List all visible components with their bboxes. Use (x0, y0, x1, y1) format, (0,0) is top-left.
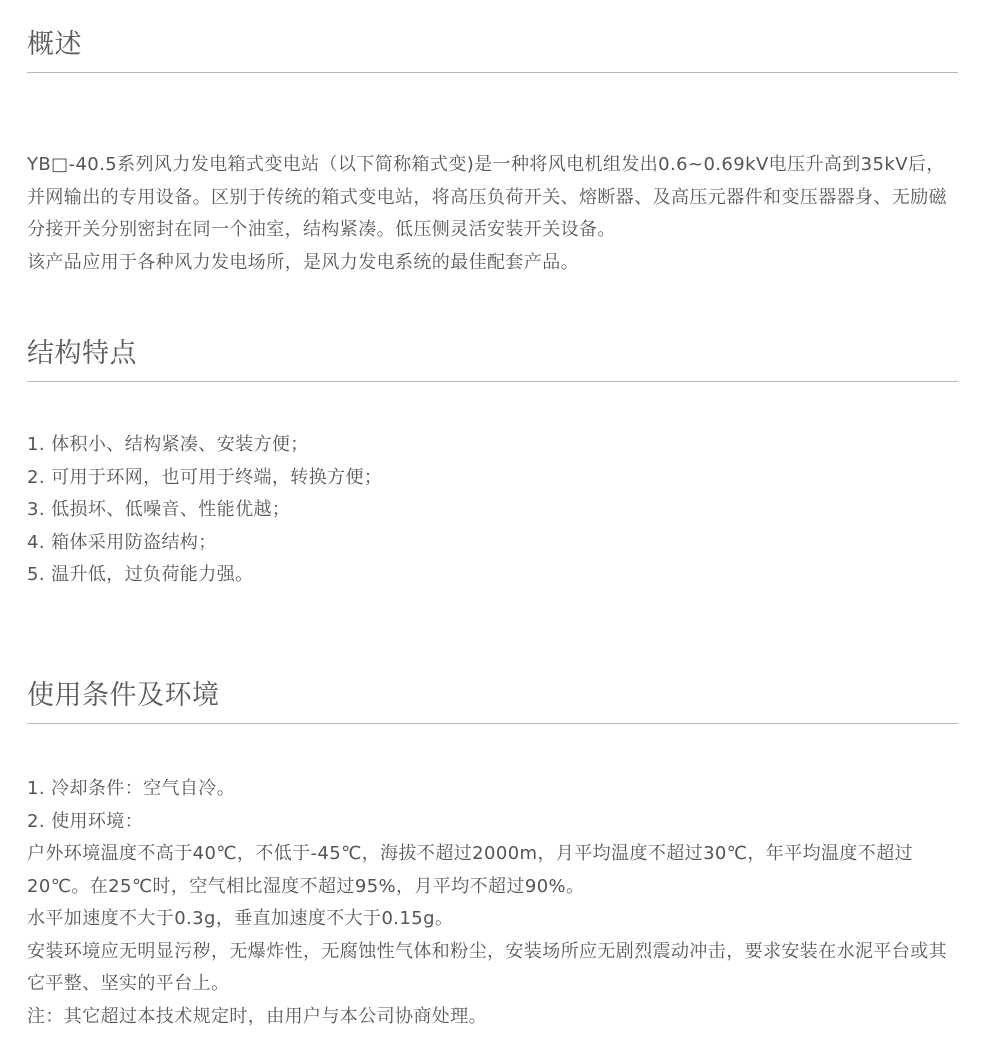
condition-item: 2. 使用环境： (27, 806, 962, 839)
feature-item: 1. 体积小、结构紧凑、安装方便； (27, 429, 962, 462)
conditions-body: 1. 冷却条件：空气自冷。 2. 使用环境： 户外环境温度不高于40℃，不低于-… (27, 773, 962, 1033)
condition-item: 1. 冷却条件：空气自冷。 (27, 773, 962, 806)
feature-item: 2. 可用于环网，也可用于终端，转换方便； (27, 462, 962, 495)
condition-paragraph: 水平加速度不大于0.3g，垂直加速度不大于0.15g。 (27, 903, 962, 936)
section-title-features: 结构特点 (27, 337, 958, 371)
section-divider (27, 72, 958, 73)
section-divider (27, 723, 958, 724)
condition-paragraph: 户外环境温度不高于40℃，不低于-45℃，海拔不超过2000m，月平均温度不超过… (27, 838, 962, 903)
feature-item: 5. 温升低，过负荷能力强。 (27, 559, 962, 592)
overview-paragraph: 该产品应用于各种风力发电场所，是风力发电系统的最佳配套产品。 (27, 247, 962, 280)
section-conditions: 使用条件及环境 1. 冷却条件：空气自冷。 2. 使用环境： 户外环境温度不高于… (27, 679, 958, 713)
features-list: 1. 体积小、结构紧凑、安装方便； 2. 可用于环网，也可用于终端，转换方便； … (27, 429, 962, 592)
section-features: 结构特点 1. 体积小、结构紧凑、安装方便； 2. 可用于环网，也可用于终端，转… (27, 337, 958, 371)
feature-item: 4. 箱体采用防盗结构； (27, 527, 962, 560)
section-title-conditions: 使用条件及环境 (27, 679, 958, 713)
section-divider (27, 381, 958, 382)
section-title-overview: 概述 (27, 28, 958, 62)
section-overview: 概述 YB□-40.5系列风力发电箱式变电站（以下简称箱式变)是一种将风电机组发… (27, 28, 958, 62)
condition-note: 注：其它超过本技术规定时，由用户与本公司协商处理。 (27, 1001, 962, 1034)
condition-paragraph: 安装环境应无明显污秽，无爆炸性，无腐蚀性气体和粉尘，安装场所应无剧烈震动冲击，要… (27, 936, 962, 1001)
overview-body: YB□-40.5系列风力发电箱式变电站（以下简称箱式变)是一种将风电机组发出0.… (27, 149, 962, 279)
feature-item: 3. 低损坏、低噪音、性能优越； (27, 494, 962, 527)
overview-paragraph: YB□-40.5系列风力发电箱式变电站（以下简称箱式变)是一种将风电机组发出0.… (27, 149, 962, 247)
